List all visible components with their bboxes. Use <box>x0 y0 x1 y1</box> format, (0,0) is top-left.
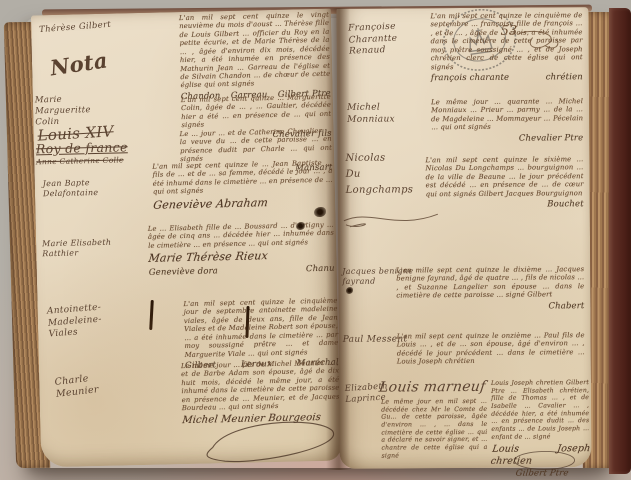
margin-note-longchamps: Nicolas Du Longchamps <box>345 150 413 198</box>
book-cover-edge <box>609 8 631 474</box>
register-entry: Le … Elisabeth fille de … Boussard … d'A… <box>148 221 335 279</box>
left-page: Thérèse Gilbert Nota Marie Margueritte C… <box>31 9 341 468</box>
margin-note-nota: Nota <box>48 46 109 81</box>
entry-body: Le même jour en mil sept … décédée chez … <box>381 398 487 460</box>
entry-body: L'an mil sept cent quinze le vingt neuvi… <box>179 11 331 90</box>
manuscript-photo: Thérèse Gilbert Nota Marie Margueritte C… <box>0 0 631 480</box>
entry-body: L'an mil sept cent quinze le cinquième j… <box>183 297 338 359</box>
register-entry: Le même jour en mil sept … décédée chez … <box>381 398 487 460</box>
signature: Geneviève Abraham <box>152 196 268 212</box>
register-entry: L'an mille sept cent quinze le dixième …… <box>396 265 584 313</box>
margin-note-anne-colle: Anne Catherine Colle <box>36 155 124 167</box>
entry-body: Le … Elisabeth fille de … Boussard … d'A… <box>148 221 335 250</box>
signature: Chevalier Ptre <box>519 133 584 144</box>
signature: Geneviève dora <box>149 266 218 278</box>
margin-note-delafontaine: Jean Bapte Delafontaine <box>43 178 99 200</box>
entry-body: Le même jour … fils de Michel Meunier … … <box>181 359 340 413</box>
margin-note-charle-meunier: Charle Meunier <box>54 372 99 401</box>
ink-flourish <box>198 414 344 465</box>
entry-body: L'an mil sept cent quinze le … Jean Bapt… <box>152 159 333 197</box>
signature: Bouchet <box>547 199 584 210</box>
margin-note-viales: Antoinette- Madeleine- Viales <box>47 303 104 342</box>
register-entry: L'an mil sept cent quinze le … Jean Bapt… <box>152 159 333 212</box>
signature: Chanu <box>306 264 335 275</box>
signature: françois charante <box>431 73 509 84</box>
signature: Marie Thérèse Rieux <box>148 249 269 265</box>
margin-note-monniaux: Michel Monniaux <box>347 102 395 126</box>
margin-note-renaud: Françoise Charantte Renaud <box>348 22 398 59</box>
register-entry: Le même jour … quarante … Michel Monniau… <box>431 97 583 144</box>
entry-body: L'an mille sept cent quinze le dixième …… <box>396 265 584 300</box>
register-entry: L'an mil sept cent quinze le onzième … P… <box>397 331 585 366</box>
entry-body: L'an mil sept cent quinze le sixième … N… <box>425 155 583 198</box>
signature: chrétien <box>546 72 583 83</box>
right-page: 53 Françoise Charantte Renaud Michel Mon… <box>336 7 591 469</box>
signature-flourish <box>511 449 577 471</box>
signature: Chabert <box>548 301 584 312</box>
margin-note-therese-gilbert: Thérèse Gilbert <box>39 20 112 36</box>
entry-body: Louis Joseph chretien Gilbert Ptre … Eli… <box>491 379 589 441</box>
entry-body: L'an mil sept cent quinze … Margueritte … <box>181 93 332 130</box>
register-entry: L'an mil sept cent quinze le sixième … N… <box>425 155 583 211</box>
entry-opener: Louis marneuf <box>378 378 487 397</box>
entry-body: L'an mil sept cent quinze le cinquième d… <box>430 11 582 71</box>
register-entry: L'an mil sept cent quinze le cinquième d… <box>430 11 582 84</box>
register-entry: L'an mil sept cent quinze le vingt neuvi… <box>179 11 331 103</box>
entry-body: L'an mil sept cent quinze le onzième … P… <box>397 331 585 366</box>
margin-note-ratthier: Marie Elisabeth Ratthier <box>42 238 112 260</box>
entry-body: Le même jour … quarante … Michel Monniau… <box>431 97 583 132</box>
